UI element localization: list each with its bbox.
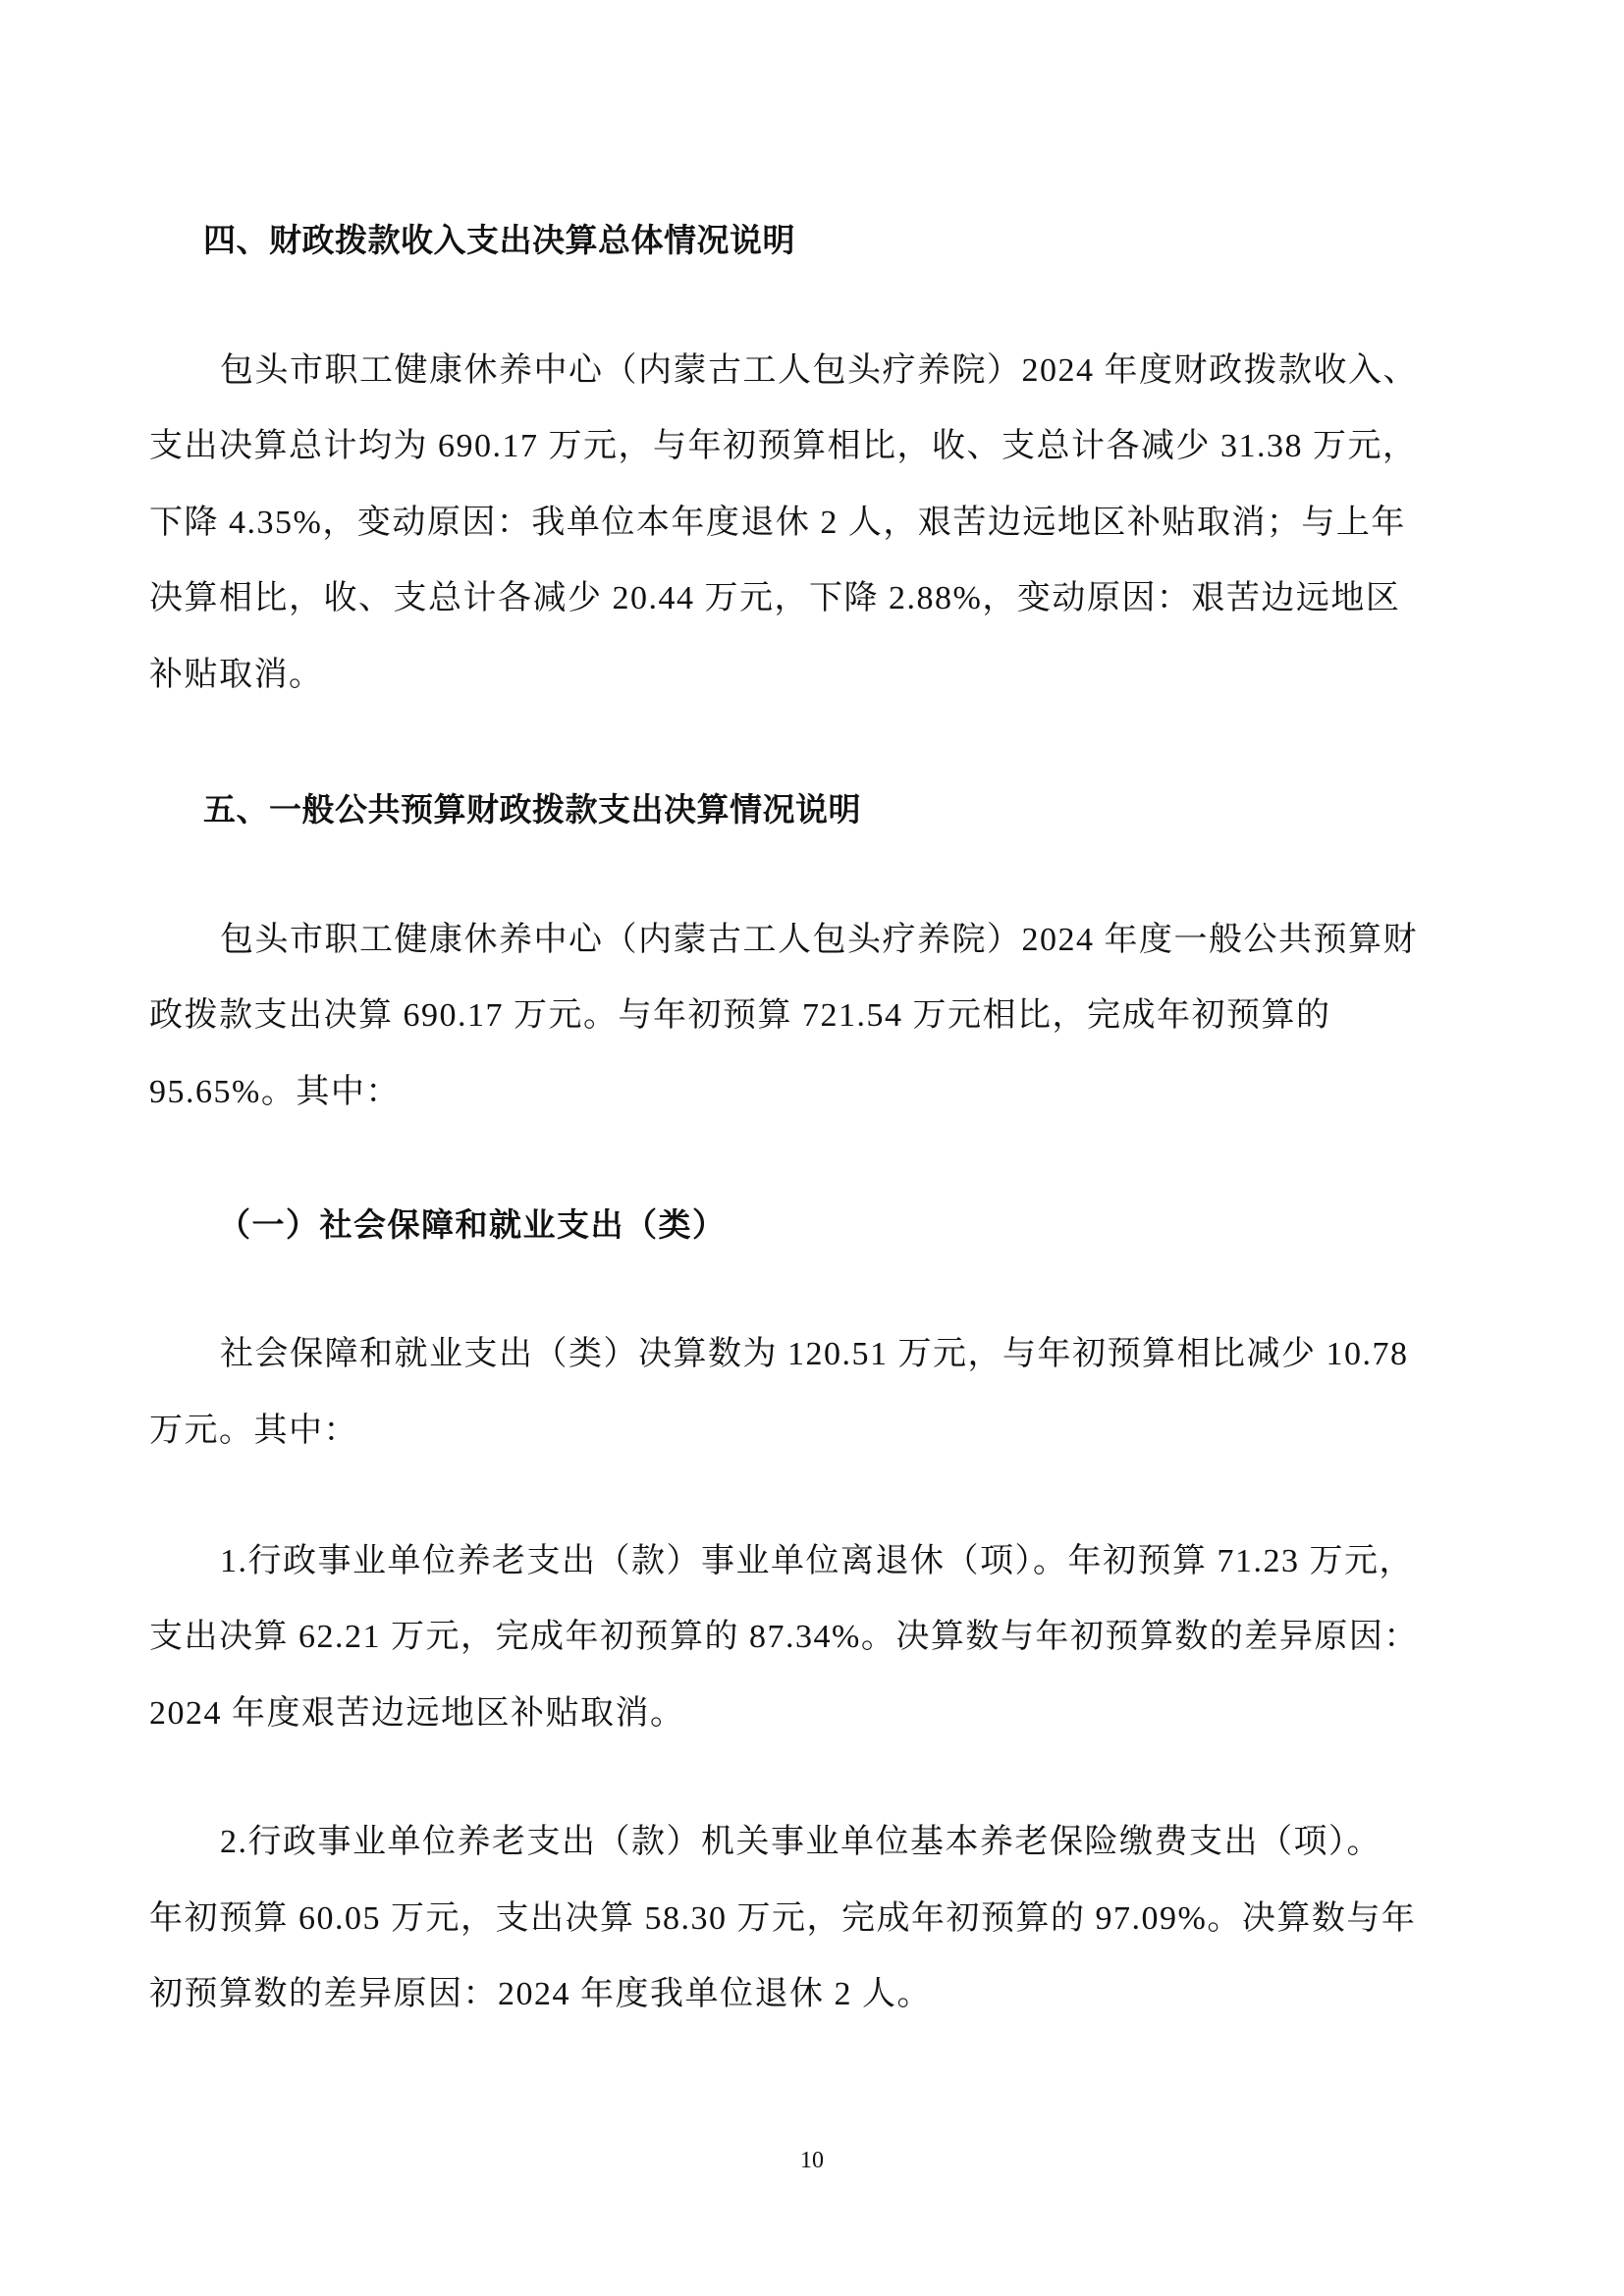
item-line: 年初预算 60.05 万元，支出决算 58.30 万元，完成年初预算的 97.0… bbox=[149, 1899, 1416, 1939]
paragraph-line: 补贴取消。 bbox=[149, 656, 324, 695]
section-heading-5: 五、一般公共预算财政拨款支出决算情况说明 bbox=[203, 790, 861, 829]
paragraph-line: 包头市职工健康休养中心（内蒙古工人包头疗养院）2024 年度一般公共预算财 bbox=[220, 921, 1418, 960]
paragraph-line: 万元。其中： bbox=[149, 1412, 358, 1451]
section-heading-4: 四、财政拨款收入支出决算总体情况说明 bbox=[203, 221, 795, 260]
item-line: 1.行政事业单位养老支出（款）事业单位离退休（项）。年初预算 71.23 万元， bbox=[220, 1542, 1414, 1581]
paragraph-line: 决算相比，收、支总计各减少 20.44 万元，下降 2.88%，变动原因：艰苦边… bbox=[149, 579, 1400, 618]
subsection-heading-1: （一）社会保障和就业支出（类） bbox=[218, 1205, 727, 1245]
paragraph-line: 政拨款支出决算 690.17 万元。与年初预算 721.54 万元相比，完成年初… bbox=[149, 996, 1331, 1036]
paragraph-line: 社会保障和就业支出（类）决算数为 120.51 万元，与年初预算相比减少 10.… bbox=[220, 1335, 1409, 1374]
item-line: 2024 年度艰苦边远地区补贴取消。 bbox=[149, 1694, 685, 1734]
paragraph-line: 95.65%。其中： bbox=[149, 1073, 401, 1112]
paragraph-line: 包头市职工健康休养中心（内蒙古工人包头疗养院）2024 年度财政拨款收入、 bbox=[220, 351, 1418, 391]
item-line: 支出决算 62.21 万元，完成年初预算的 87.34%。决算数与年初预算数的差… bbox=[149, 1618, 1419, 1657]
paragraph-line: 支出决算总计均为 690.17 万元，与年初预算相比，收、支总计各减少 31.3… bbox=[149, 427, 1418, 466]
document-page: 四、财政拨款收入支出决算总体情况说明 包头市职工健康休养中心（内蒙古工人包头疗养… bbox=[0, 0, 1624, 2296]
page-number: 10 bbox=[0, 2146, 1624, 2175]
item-line: 2.行政事业单位养老支出（款）机关事业单位基本养老保险缴费支出（项）。 bbox=[220, 1823, 1381, 1862]
paragraph-line: 下降 4.35%，变动原因：我单位本年度退休 2 人，艰苦边远地区补贴取消；与上… bbox=[149, 504, 1406, 543]
item-line: 初预算数的差异原因：2024 年度我单位退休 2 人。 bbox=[149, 1975, 932, 2014]
